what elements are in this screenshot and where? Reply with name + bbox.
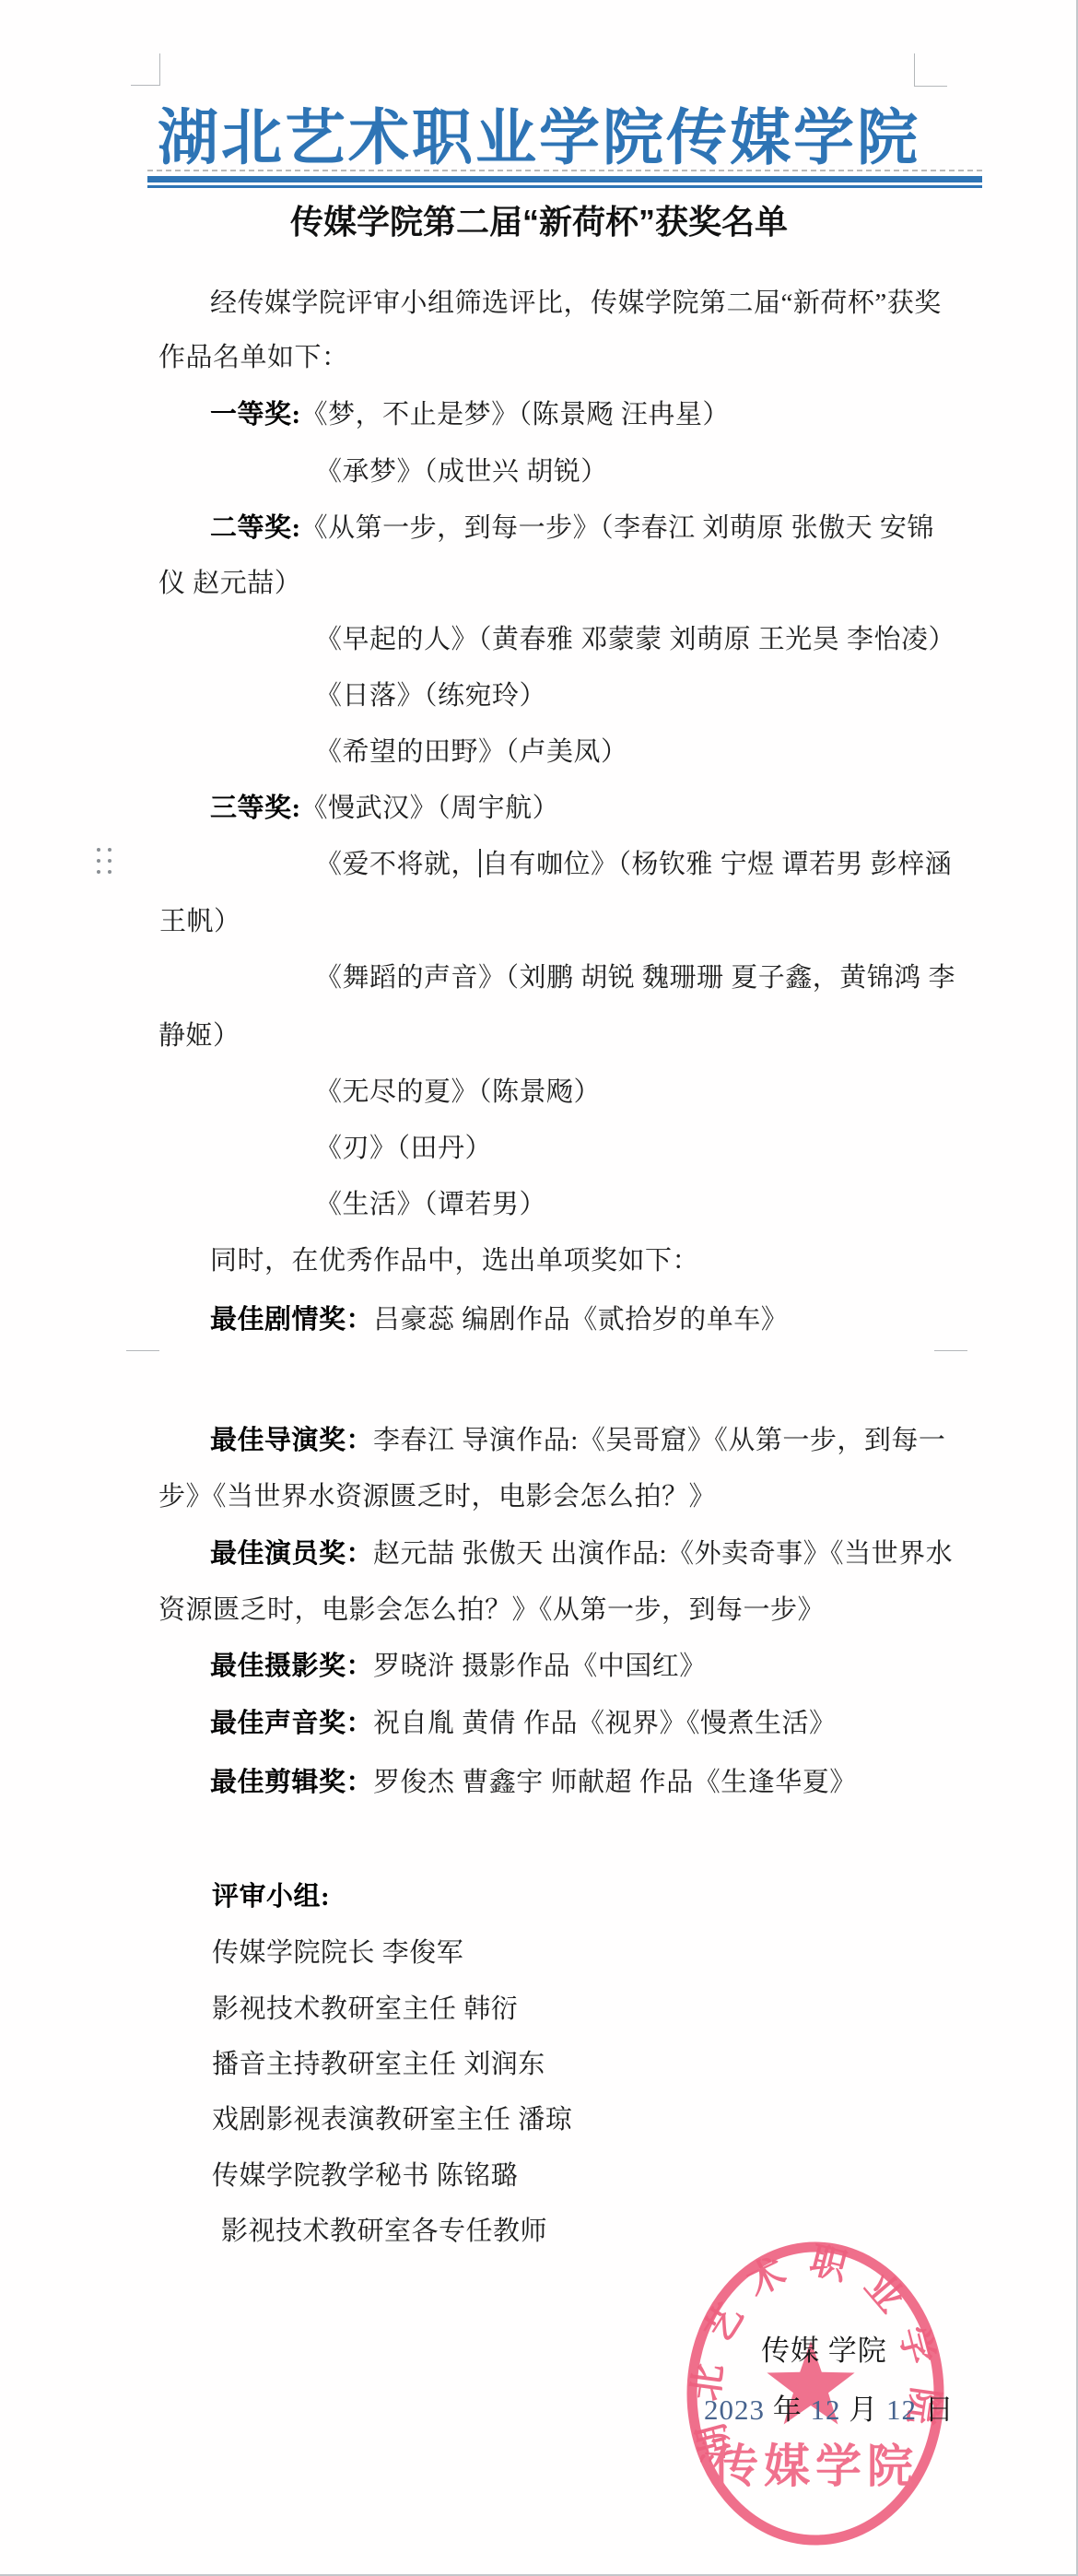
body-line: 最佳剧情奖：吕豪蕊 编剧作品《贰拾岁的单车》: [210, 1304, 788, 1335]
header-rule-thin: [147, 185, 982, 188]
body-line: 《希望的田野》（卢美凤）: [315, 736, 628, 768]
body-line: 经传媒学院评审小组筛选评比，传媒学院第二届“新荷杯”获奖: [210, 288, 942, 319]
document-photo: { "header": { "school_title": "湖北艺术职业学院传…: [0, 0, 1078, 2576]
body-line: 三等奖:《慢武汉》（周宇航）: [210, 793, 559, 824]
body-line: 传媒学院院长 李俊军: [212, 1937, 463, 1969]
body-line: 二等奖:《从第一步，到每一步》（李春江 刘萌原 张傲天 安锦: [210, 512, 934, 544]
body-line: 戏剧影视表演教研室主任 潘琼: [212, 2104, 572, 2135]
page-break-mark-left: [126, 1350, 159, 1351]
page-break-mark-right: [934, 1350, 967, 1351]
paragraph-drag-handle-icon[interactable]: [97, 848, 111, 874]
body-line: 一等奖:《梦，不止是梦》（陈景飏 汪冉星）: [210, 399, 730, 430]
body-line: 《舞蹈的声音》（刘鹏 胡锐 魏珊珊 夏子鑫，黄锦鸿 李: [315, 962, 955, 994]
body-line: 评审小组:: [212, 1881, 330, 1912]
body-line: 影视技术教研室各专任教师: [221, 2216, 547, 2247]
document-title: 传媒学院第二届“新荷杯”获奖名单: [0, 196, 1078, 243]
header-rule-thick: [147, 176, 982, 182]
body-line: 王帆）: [159, 906, 241, 937]
header-dashed-rule: [147, 170, 982, 171]
text-cursor: [479, 849, 481, 877]
body-line: 最佳摄影奖：罗晓浒 摄影作品《中国红》: [210, 1651, 707, 1682]
text-boundary-mark-top-right: [914, 53, 947, 87]
body-line: 《刃》（田丹）: [315, 1133, 492, 1164]
body-line: 播音主持教研室主任 刘润东: [212, 2049, 545, 2080]
body-line: 《承梦》（成世兴 胡锐）: [315, 456, 608, 488]
body-line: 最佳声音奖：祝自胤 黄倩 作品《视界》《慢煮生活》: [210, 1708, 837, 1739]
body-line: 《生活》（谭若男）: [315, 1189, 546, 1220]
body-line: 《日落》（练宛玲）: [315, 680, 546, 712]
seal-bottom-text: 传媒学院: [712, 2441, 919, 2492]
body-line: 最佳演员奖：赵元喆 张傲天 出演作品:《外卖奇事》《当世界水: [210, 1538, 953, 1570]
body-line: 影视技术教研室主任 韩衍: [212, 1994, 518, 2025]
body-line: 步》《当世界水资源匮乏时，电影会怎么拍？》: [158, 1481, 716, 1512]
body-line-with-cursor[interactable]: 《爱不将就，自有咖位》（杨钦雅 宁煜 谭若男 彭梓涵: [315, 849, 952, 880]
school-header-title: 湖北艺术职业学院传媒学院: [0, 88, 1078, 176]
body-line: 《无尽的夏》（陈景飏）: [315, 1076, 601, 1108]
body-line: 《早起的人》（黄春雅 邓蒙蒙 刘萌原 王光昊 李怡凌）: [315, 624, 955, 655]
body-line: 传媒学院教学秘书 陈铭璐: [212, 2160, 518, 2192]
signature-date: 2023 年 12 月 12 日: [704, 2394, 955, 2427]
body-line: 最佳导演奖：李春江 导演作品:《吴哥窟》《从第一步，到每一: [210, 1425, 945, 1456]
body-line: 作品名单如下：: [158, 342, 349, 373]
document-page: 湖北艺术职业学院传媒学院 传媒学院第二届“新荷杯”获奖名单 经传媒学院评审小组筛…: [0, 0, 1078, 2576]
text-boundary-mark-top-left: [131, 53, 160, 86]
body-line: 同时，在优秀作品中，选出单项奖如下：: [210, 1245, 699, 1276]
body-line: 仪 赵元喆）: [158, 568, 301, 599]
body-line: 资源匮乏时，电影会怎么拍？》《从第一步，到每一步》: [158, 1594, 825, 1626]
body-line: 静姬）: [158, 1020, 240, 1052]
body-line: 最佳剪辑奖：罗俊杰 曹鑫宇 师献超 作品《生逢华夏》: [210, 1767, 857, 1798]
signature-unit: 传媒 学院: [761, 2335, 887, 2368]
